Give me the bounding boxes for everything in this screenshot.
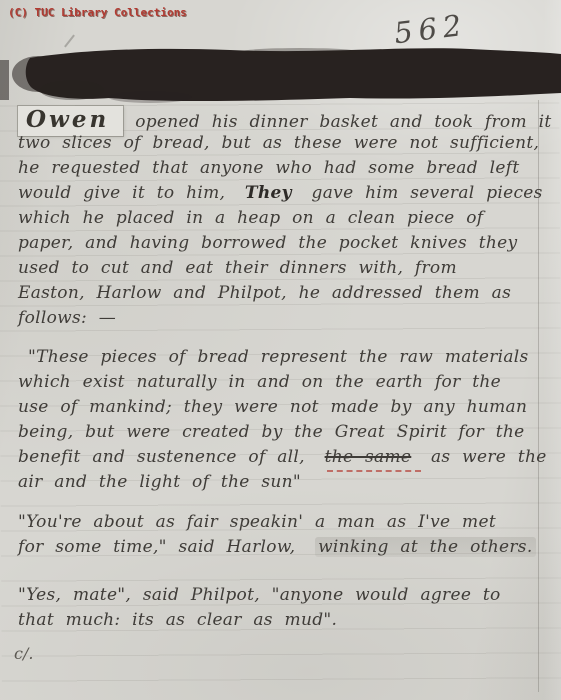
manuscript-line: benefit and sustenence of all, the same … [18, 445, 547, 470]
manuscript-line: two slices of bread, but as these were n… [18, 131, 551, 156]
manuscript-page-scan: (C) TUC Library Collections 562 Owenopen… [0, 0, 561, 700]
manuscript-line: being, but were created by the Great Spi… [18, 420, 547, 445]
smudged-words: winking at the others. [315, 537, 535, 557]
corner-annotation: c/. [14, 644, 33, 663]
paragraph-2: "These pieces of bread represent the raw… [18, 345, 547, 495]
inserted-word-they: They [245, 183, 292, 203]
manuscript-line: Owenopened his dinner basket and took fr… [18, 106, 551, 131]
manuscript-line: would give it to him, They gave him seve… [18, 181, 551, 206]
manuscript-line: used to cut and eat their dinners with, … [18, 256, 551, 281]
manuscript-line: "You're about as fair speakin' a man as … [18, 510, 536, 535]
copyright-watermark: (C) TUC Library Collections [8, 6, 187, 19]
manuscript-line: that much: its as clear as mud". [18, 608, 501, 633]
redaction-bar [0, 38, 561, 113]
line-segment: gave him several pieces [312, 183, 543, 203]
manuscript-line: for some time," said Harlow, winking at … [18, 535, 536, 560]
line-segment: as were the [431, 447, 547, 467]
manuscript-line: "These pieces of bread represent the raw… [18, 345, 547, 370]
manuscript-line: which exist naturally in and on the eart… [18, 370, 547, 395]
line-segment: would give it to him, [18, 183, 225, 203]
manuscript-line: he requested that anyone who had some br… [18, 156, 551, 181]
line-segment: opened his dinner basket and took from i… [135, 112, 551, 132]
manuscript-line: follows: — [18, 306, 551, 331]
manuscript-line: "Yes, mate", said Philpot, "anyone would… [18, 583, 501, 608]
paragraph-3: "You're about as fair speakin' a man as … [18, 510, 536, 560]
manuscript-line: air and the light of the sun" [18, 470, 547, 495]
redaction-ink [26, 48, 561, 101]
manuscript-line: use of mankind; they were not made by an… [18, 395, 547, 420]
line-segment: for some time," said Harlow, [18, 537, 295, 557]
paragraph-1: Owenopened his dinner basket and took fr… [18, 106, 551, 331]
manuscript-line: Easton, Harlow and Philpot, he addressed… [18, 281, 551, 306]
line-segment: benefit and sustenence of all, [18, 447, 305, 467]
struck-words: the same [325, 447, 412, 467]
manuscript-line: which he placed in a heap on a clean pie… [18, 206, 551, 231]
paragraph-4: "Yes, mate", said Philpot, "anyone would… [18, 583, 501, 633]
manuscript-line: paper, and having borrowed the pocket kn… [18, 231, 551, 256]
